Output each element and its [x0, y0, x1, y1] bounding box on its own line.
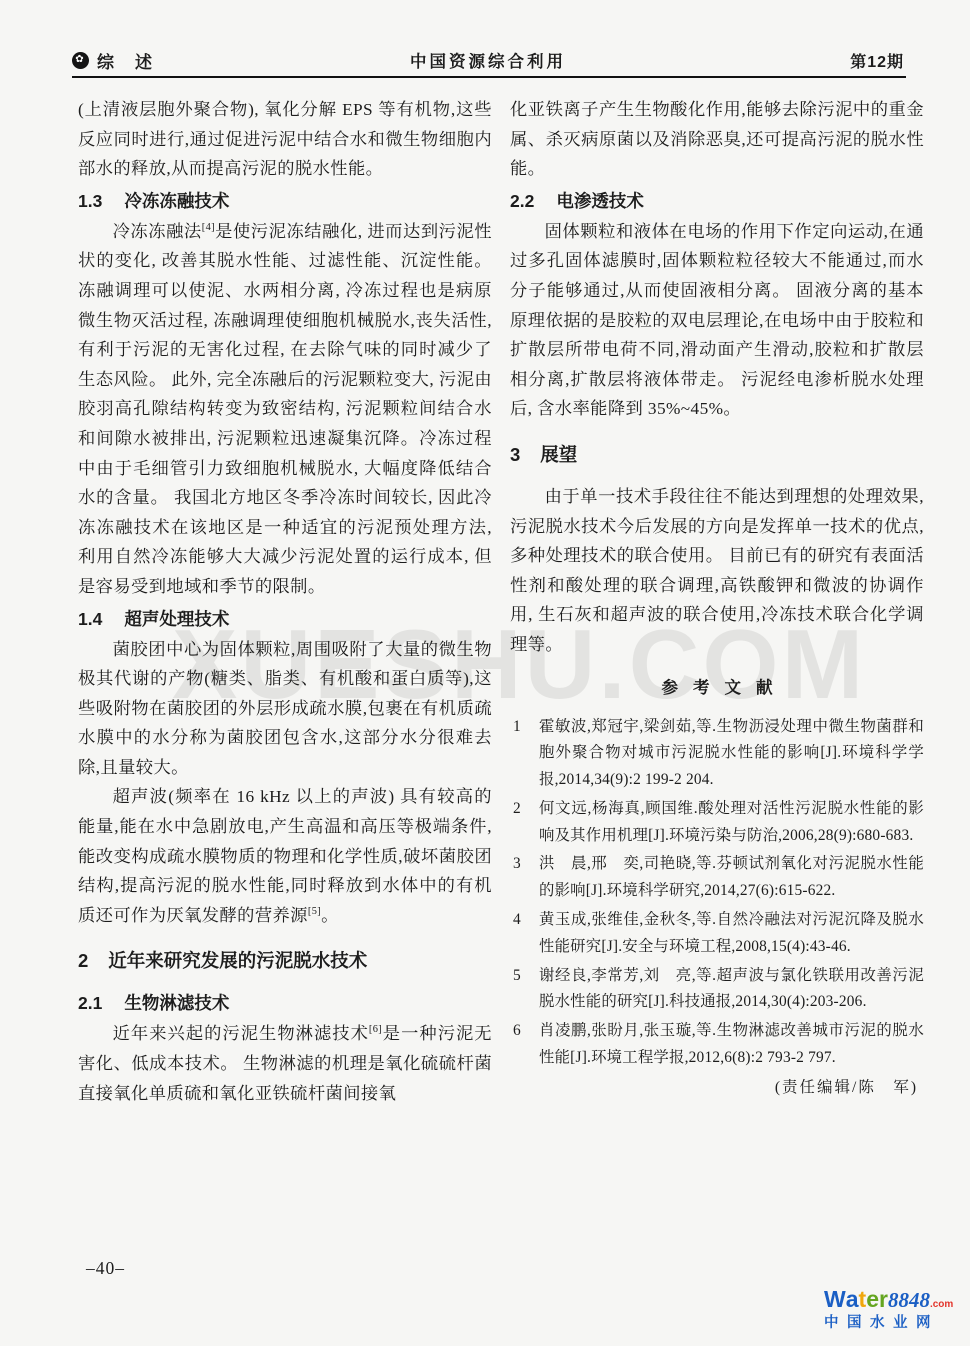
reference-item-1: 1霍敏波,郑冠宇,梁剑茹,等.生物沥浸处理中微生物菌群和胞外聚合物对城市污泥脱水…: [510, 714, 924, 794]
references-title: 参考文献: [510, 674, 924, 698]
section-heading-2: 2近年来研究发展的污泥脱水技术: [78, 946, 492, 976]
heading-title: 超声处理技术: [124, 609, 229, 629]
paragraph: 化亚铁离子产生生物酸化作用,能够去除污泥中的重金属、杀灭病原菌以及消除恶臭,还可…: [510, 95, 924, 184]
reference-text: 肖凌鹏,张盼月,张玉璇,等.生物淋滤改善城市污泥的脱水性能[J].环境工程学报,…: [539, 1022, 924, 1066]
reference-item-5: 5谢经良,李常芳,刘 亮,等.超声波与氯化铁联用改善污泥脱水性能的研究[J].科…: [510, 963, 924, 1017]
editor-note: (责任编辑/陈 军): [510, 1074, 924, 1102]
paragraph: 冷冻冻融法[4]是使污泥冻结融化, 进而达到污泥性状的变化, 改善其脱水性能、过…: [78, 217, 492, 602]
article-body: (上清液层胞外聚合物), 氧化分解 EPS 等有机物,这些反应同时进行,通过促进…: [78, 95, 924, 1108]
reference-number: 5: [513, 963, 521, 990]
reference-number: 6: [513, 1018, 521, 1045]
heading-title: 电渗透技术: [556, 191, 644, 211]
reference-number: 4: [513, 907, 521, 934]
paragraph: 由于单一技术手段往往不能达到理想的处理效果,污泥脱水技术今后发展的方向是发挥单一…: [510, 482, 924, 660]
heading-title: 展望: [540, 444, 577, 465]
header-issue-number: 第12期: [850, 49, 904, 72]
heading-number: 2.1: [78, 993, 102, 1013]
reference-number: 3: [513, 851, 521, 878]
paragraph: 固体颗粒和液体在电场的作用下作定向运动,在通过多孔固体滤膜时,固体颗粒粒径较大不…: [510, 217, 924, 424]
paragraph: 菌胶团中心为固体颗粒,周围吸附了大量的微生物极其代谢的产物(糖类、脂类、有机酸和…: [78, 635, 492, 783]
logo-letter: t: [859, 1288, 867, 1311]
reference-text: 霍敏波,郑冠宇,梁剑茹,等.生物沥浸处理中微生物菌群和胞外聚合物对城市污泥脱水性…: [539, 718, 924, 789]
logo-letter: e: [866, 1288, 879, 1311]
heading-number: 1.3: [78, 191, 102, 211]
paragraph: (上清液层胞外聚合物), 氧化分解 EPS 等有机物,这些反应同时进行,通过促进…: [78, 95, 492, 184]
section-heading-2.2: 2.2电渗透技术: [510, 186, 924, 216]
logo-letter: a: [846, 1288, 859, 1311]
reference-item-6: 6肖凌鹏,张盼月,张玉璇,等.生物淋滤改善城市污泥的脱水性能[J].环境工程学报…: [510, 1018, 924, 1072]
reference-text: 洪 晨,邢 奕,司艳晓,等.芬顿试剂氧化对污泥脱水性能的影响[J].环境科学研究…: [539, 855, 924, 899]
reference-item-2: 2何文远,杨海真,顾国维.酸处理对活性污泥脱水性能的影响及其作用机理[J].环境…: [510, 796, 924, 850]
reference-number: 2: [513, 796, 521, 823]
logo-letter: W: [824, 1288, 846, 1311]
logo-dotcom: .com: [930, 1299, 953, 1310]
paragraph: 超声波(频率在 16 kHz 以上的声波) 具有较高的能量,能在水中急剧放电,产…: [78, 782, 492, 930]
heading-number: 1.4: [78, 609, 102, 629]
reference-item-4: 4黄玉成,张维佳,金秋冬,等.自然冷融法对污泥沉降及脱水性能研究[J].安全与环…: [510, 907, 924, 961]
water8848-wordmark: Water8848.com: [824, 1288, 964, 1311]
section-heading-1.3: 1.3冷冻冻融技术: [78, 186, 492, 216]
logo-letter: r: [879, 1288, 888, 1311]
heading-number: 2: [78, 950, 88, 971]
left-column: (上清液层胞外聚合物), 氧化分解 EPS 等有机物,这些反应同时进行,通过促进…: [78, 95, 492, 1108]
reference-text: 谢经良,李常芳,刘 亮,等.超声波与氯化铁联用改善污泥脱水性能的研究[J].科技…: [539, 967, 924, 1011]
section-heading-3: 3展望: [510, 440, 924, 470]
header-rule: [72, 76, 906, 78]
reference-number: 1: [513, 714, 521, 741]
water8848-subtitle: 中国水业网: [824, 1316, 964, 1331]
page-header: ✿ 综 述 中国资源综合利用 第12期: [72, 48, 904, 72]
heading-number: 2.2: [510, 191, 534, 211]
reference-item-3: 3洪 晨,邢 奕,司艳晓,等.芬顿试剂氧化对污泥脱水性能的影响[J].环境科学研…: [510, 851, 924, 905]
paragraph: 近年来兴起的污泥生物淋滤技术[6]是一种污泥无害化、低成本技术。 生物淋滤的机理…: [78, 1019, 492, 1108]
reference-text: 何文远,杨海真,顾国维.酸处理对活性污泥脱水性能的影响及其作用机理[J].环境污…: [539, 800, 924, 844]
reference-text: 黄玉成,张维佳,金秋冬,等.自然冷融法对污泥沉降及脱水性能研究[J].安全与环境…: [539, 911, 924, 955]
heading-title: 冷冻冻融技术: [124, 191, 229, 211]
logo-number: 8848: [888, 1288, 930, 1312]
water8848-logo: Water8848.com 中国水业网: [824, 1288, 964, 1331]
right-column: 化亚铁离子产生生物酸化作用,能够去除污泥中的重金属、杀灭病原菌以及消除恶臭,还可…: [510, 95, 924, 1108]
heading-title: 生物淋滤技术: [124, 993, 229, 1013]
header-journal-title: 中国资源综合利用: [72, 48, 904, 72]
scanned-paper-page: XUESHU.COM ✿ 综 述 中国资源综合利用 第12期 (上清液层胞外聚合…: [0, 0, 970, 1346]
page-number: –40–: [86, 1258, 125, 1279]
heading-number: 3: [510, 444, 520, 465]
heading-title: 近年来研究发展的污泥脱水技术: [108, 950, 367, 971]
section-heading-1.4: 1.4超声处理技术: [78, 604, 492, 634]
section-heading-2.1: 2.1生物淋滤技术: [78, 988, 492, 1018]
